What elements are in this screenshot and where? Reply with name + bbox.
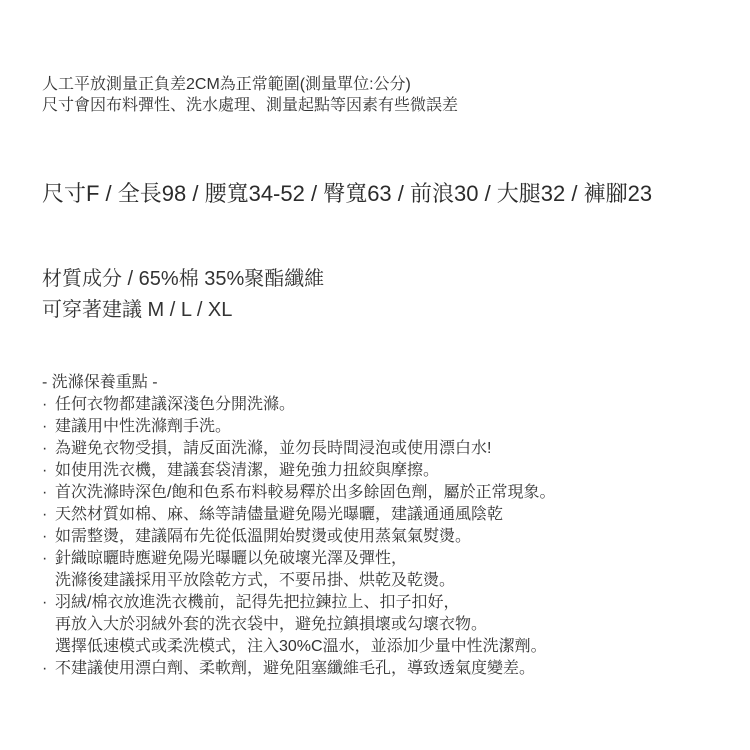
measurement-note: 人工平放測量正負差2CM為正常範圍(測量單位:公分) 尺寸會因布料彈性、洗水處理… (42, 74, 458, 116)
bullet-marker: · (42, 658, 55, 680)
measurement-note-line1: 人工平放測量正負差2CM為正常範圍(測量單位:公分) (42, 74, 458, 95)
wear-suggestion: 可穿著建議 M / L / XL (42, 295, 324, 326)
care-line-text: 不建議使用漂白劑、柔軟劑，避免阻塞纖維毛孔，導致透氣度變差。 (55, 658, 535, 680)
care-line: · 如使用洗衣機，建議套袋清潔，避免強力扭絞與摩擦。 (42, 460, 555, 482)
care-line-text: 建議用中性洗滌劑手洗。 (55, 416, 231, 438)
care-line-text: 再放入大於羽絨外套的洗衣袋中，避免拉鎮損壞或勾壞衣物。 (55, 614, 487, 636)
bullet-marker: · (42, 438, 55, 460)
care-line: · 如需整燙，建議隔布先從低溫開始熨燙或使用蒸氣氣熨燙。 (42, 526, 555, 548)
care-line: · 為避免衣物受損，請反面洗滌，並勿長時間浸泡或使用漂白水! (42, 438, 555, 460)
measurement-note-line2: 尺寸會因布料彈性、洗水處理、測量起點等因素有些微誤差 (42, 95, 458, 116)
care-line-text: 洗滌後建議採用平放陰乾方式，不要吊掛、烘乾及乾燙。 (55, 570, 455, 592)
bullet-marker: · (42, 504, 55, 526)
size-spec: 尺寸F / 全長98 / 腰寬34-52 / 臀寬63 / 前浪30 / 大腿3… (42, 181, 652, 207)
care-line-text: 天然材質如棉、麻、絲等請儘量避免陽光曝曬，建議通通風陰乾 (55, 504, 503, 526)
bullet-marker: · (42, 394, 55, 416)
bullet-marker: · (42, 548, 55, 570)
care-line: · 不建議使用漂白劑、柔軟劑，避免阻塞纖維毛孔，導致透氣度變差。 (42, 658, 555, 680)
care-line: · 天然材質如棉、麻、絲等請儘量避免陽光曝曬，建議通通風陰乾 (42, 504, 555, 526)
care-line: · 針織晾曬時應避免陽光曝曬以免破壞光澤及彈性， (42, 548, 555, 570)
material-composition: 材質成分 / 65%棉 35%聚酯纖維 (42, 264, 324, 295)
bullet-marker: · (42, 592, 55, 614)
care-line: · 首次洗滌時深色/飽和色系布料較易釋於出多餘固色劑，屬於正常現象。 (42, 482, 555, 504)
care-line: 洗滌後建議採用平放陰乾方式，不要吊掛、烘乾及乾燙。 (42, 570, 555, 592)
care-heading: - 洗滌保養重點 - (42, 372, 555, 394)
care-instructions: - 洗滌保養重點 - · 任何衣物都建議深淺色分開洗滌。 · 建議用中性洗滌劑手… (42, 372, 555, 680)
care-line: · 任何衣物都建議深淺色分開洗滌。 (42, 394, 555, 416)
care-line: · 建議用中性洗滌劑手洗。 (42, 416, 555, 438)
bullet-marker: · (42, 526, 55, 548)
care-line: · 羽絨/棉衣放進洗衣機前，記得先把拉鍊拉上、扣子扣好， (42, 592, 555, 614)
care-line-text: 選擇低速模式或柔洗模式，注入30%C溫水，並添加少量中性洗潔劑。 (55, 636, 547, 658)
care-line-text: 如使用洗衣機，建議套袋清潔，避免強力扭絞與摩擦。 (55, 460, 439, 482)
care-line-text: 為避免衣物受損，請反面洗滌，並勿長時間浸泡或使用漂白水! (55, 438, 491, 460)
care-line-text: 針織晾曬時應避免陽光曝曬以免破壞光澤及彈性， (55, 548, 407, 570)
material-info: 材質成分 / 65%棉 35%聚酯纖維 可穿著建議 M / L / XL (42, 264, 324, 326)
bullet-marker: · (42, 460, 55, 482)
care-line-text: 如需整燙，建議隔布先從低溫開始熨燙或使用蒸氣氣熨燙。 (55, 526, 471, 548)
care-line-text: 任何衣物都建議深淺色分開洗滌。 (55, 394, 295, 416)
care-line: 再放入大於羽絨外套的洗衣袋中，避免拉鎮損壞或勾壞衣物。 (42, 614, 555, 636)
bullet-marker: · (42, 482, 55, 504)
care-line-text: 首次洗滌時深色/飽和色系布料較易釋於出多餘固色劑，屬於正常現象。 (55, 482, 555, 504)
bullet-marker: · (42, 416, 55, 438)
care-line: 選擇低速模式或柔洗模式，注入30%C溫水，並添加少量中性洗潔劑。 (42, 636, 555, 658)
care-line-text: 羽絨/棉衣放進洗衣機前，記得先把拉鍊拉上、扣子扣好， (55, 592, 459, 614)
